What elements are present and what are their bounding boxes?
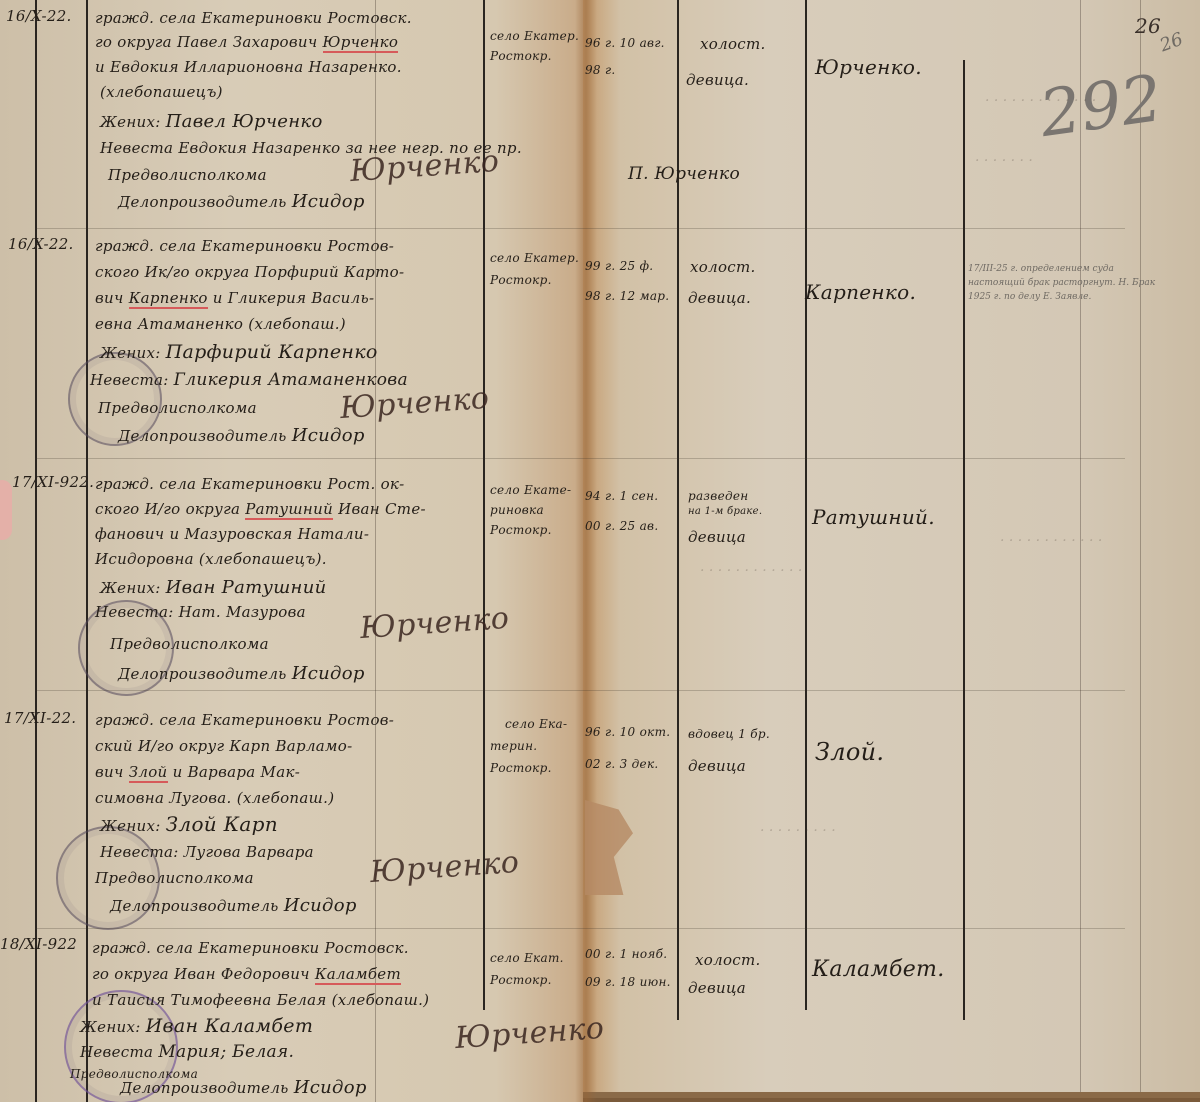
clerk-label: Делопроизводитель — [118, 193, 287, 211]
birth-year: 99 г. — [585, 259, 615, 273]
bride-signature: Нат. Мазурова — [179, 603, 306, 621]
marital-status: девица. — [686, 68, 749, 92]
entry-text-line: гражд. села Екатериновки Ростов- — [95, 708, 394, 732]
chair-signature: Юрченко — [369, 851, 520, 885]
entry-text-line: гражд. села Екатериновки Ростовск. — [95, 6, 412, 30]
surname-after-marriage: Ратушний. — [812, 505, 935, 529]
surname-after-marriage: Карпенко. — [805, 280, 916, 304]
birth-year: 09 г. — [585, 975, 615, 989]
chair-signature: Юрченко — [349, 150, 500, 184]
underlined-surname: Ратушний — [245, 500, 333, 520]
groom-signature: Иван Ратушний — [166, 577, 327, 598]
entry-date: 18/XI-922 — [0, 932, 77, 956]
column-rule — [677, 0, 679, 1020]
entry-text-line: го округа Иван Федорович Каламбет — [92, 962, 401, 986]
clerk-signature: Исидор — [292, 425, 365, 446]
birth-date: 10 авг. — [620, 36, 665, 50]
marital-status: девица — [688, 754, 746, 778]
birth-year: 00 г. — [585, 947, 615, 961]
entry-text-line: гражд. села Екатериновки Рост. ок- — [95, 472, 405, 496]
entry-divider — [35, 458, 1125, 459]
entry-text-line: ского И/го округа Ратушний Иван Сте- — [95, 497, 426, 521]
residence: Ростокр. — [490, 272, 552, 289]
bride-label: Невеста — [80, 1043, 153, 1061]
entry-text-line: симовна Лугова. (хлебопаш.) — [95, 786, 334, 810]
underlined-surname: Юрченко — [323, 33, 399, 53]
surname-after-marriage: Юрченко. — [815, 55, 922, 79]
clerk-signature: Исидор — [294, 1077, 367, 1098]
marital-status: холост. — [700, 32, 766, 56]
page-number: 26 — [1135, 14, 1161, 38]
birth-date: 10 окт. — [620, 725, 671, 739]
birth-year: 00 г. — [585, 519, 615, 533]
chair-label: Предволисполкома — [110, 632, 269, 656]
residence: Ростокр. — [490, 522, 552, 539]
entry-text-line: ского Ик/го округа Порфирий Карто- — [95, 260, 404, 284]
bride-label: Невеста: — [95, 603, 174, 621]
birth-date: 25 ф. — [620, 259, 654, 273]
book-gutter — [575, 0, 597, 1102]
residence: Ростокр. — [490, 48, 552, 65]
entry-text-line: Исидоровна (хлебопашецъ). — [95, 547, 327, 571]
chair-signature: Юрченко — [454, 1017, 605, 1051]
bride-signature: Гликерия Атаманенкова — [174, 370, 408, 390]
entry-text-line: фанович и Мазуровская Натали- — [95, 522, 369, 546]
entry-divider — [35, 228, 1125, 229]
birth-date: 1 нояб. — [620, 947, 668, 961]
bride-label: Невеста: — [90, 371, 169, 389]
surname-after-marriage: Злой. — [815, 740, 884, 764]
clerk-label: Делопроизводитель — [118, 427, 287, 445]
birth-year: 96 г. — [585, 36, 615, 50]
bride-signature: Лугова Варвара — [184, 843, 314, 861]
residence: Ростокр. — [490, 972, 552, 989]
entry-text-line: и Евдокия Илларионовна Назаренко. — [95, 55, 402, 79]
marital-status: холост. — [695, 948, 761, 972]
groom-label: Жених: — [100, 817, 161, 835]
holding-finger — [0, 480, 12, 540]
chair-label: Предволисполкома — [95, 866, 254, 890]
chair-label: Предволисполкома — [98, 396, 257, 420]
birth-date: 25 ав. — [620, 519, 659, 533]
groom-signature: Павел Юрченко — [166, 111, 323, 132]
clerk-label: Делопроизводитель — [120, 1079, 289, 1097]
birth-year: 94 г. — [585, 489, 615, 503]
marital-status: на 1-м браке. — [688, 503, 762, 520]
entry-divider — [35, 690, 1125, 691]
residence: село Екатер. — [490, 28, 579, 45]
column-rule — [805, 0, 807, 1010]
underlined-surname: Каламбет — [315, 965, 401, 985]
chair-signature: Юрченко — [359, 607, 510, 641]
birth-date: 18 июн. — [620, 975, 671, 989]
groom-label: Жених: — [100, 113, 161, 131]
residence: село Екате- — [490, 482, 571, 499]
entry-text-line: вич Карпенко и Гликерия Василь- — [95, 289, 374, 309]
marital-status: холост. — [690, 255, 756, 279]
residence: терин. — [490, 738, 537, 755]
chair-label: Предволисполкома — [108, 163, 267, 187]
divorce-margin-note: 17/III-25 г. определением суда настоящий… — [968, 262, 1155, 304]
entry-date: 17/XI-22. — [4, 706, 76, 730]
bride-label: Невеста: — [100, 843, 179, 861]
residence: село Екат. — [490, 950, 564, 967]
column-rule — [963, 60, 965, 1020]
groom-label: Жених: — [80, 1018, 141, 1036]
entry-text-line: гражд. села Екатериновки Ростов- — [95, 234, 394, 258]
bride-label: Невеста — [100, 139, 173, 157]
birth-date: 3 дек. — [620, 757, 659, 771]
entry-date: 16/X-22. — [8, 232, 74, 256]
residence: село Екатер. — [490, 250, 579, 267]
groom-label: Жених: — [100, 344, 161, 362]
entry-date: 17/XI-922. — [12, 470, 94, 494]
groom-signature: Иван Каламбет — [146, 1015, 313, 1037]
residence: село Ека- — [505, 716, 567, 733]
register-spread: 26 26 292 · · · · · · · · · · · · · · · … — [0, 0, 1200, 1102]
marital-status: девица — [688, 976, 746, 1000]
clerk-signature: Исидор — [284, 895, 357, 916]
surname-after-marriage: Каламбет. — [812, 958, 945, 982]
clerk-signature: Исидор — [292, 191, 365, 212]
birth-year: 98 г. — [585, 62, 615, 79]
bride-signature: Мария; Белая. — [158, 1042, 294, 1062]
clerk-signature: Исидор — [292, 663, 365, 684]
entry-text-line: ский И/го округ Карп Варламо- — [95, 734, 352, 758]
underlined-surname: Карпенко — [129, 289, 208, 309]
groom-label: Жених: — [100, 579, 161, 597]
entry-text-line: (хлебопашецъ) — [100, 80, 223, 104]
marital-status: вдовец 1 бр. — [688, 726, 770, 743]
birth-date: 12 мар. — [620, 289, 670, 303]
entry-text-line: евна Атаманенко (хлебопаш.) — [95, 312, 346, 336]
birth-year: 98 г. — [585, 289, 615, 303]
clerk-label: Делопроизводитель — [118, 665, 287, 683]
underlined-surname: Злой — [129, 763, 168, 783]
residence: риновка — [490, 502, 544, 519]
clerk-label: Делопроизводитель — [110, 897, 279, 915]
birth-date: 1 сен. — [620, 489, 659, 503]
chair-signature: Юрченко — [339, 387, 490, 421]
marital-status: девица — [688, 525, 746, 549]
birth-year: 96 г. — [585, 725, 615, 739]
groom-signature-right: П. Юрченко — [628, 162, 740, 186]
entry-text-line: и Таисия Тимофеевна Белая (хлебопаш.) — [92, 988, 429, 1012]
entry-date: 16/X-22. — [6, 4, 72, 28]
entry-text-line: го округа Павел Захарович Юрченко — [95, 30, 398, 54]
birth-year: 02 г. — [585, 757, 615, 771]
residence: Ростокр. — [490, 760, 552, 777]
groom-signature: Злой Карп — [166, 812, 278, 836]
column-rule — [86, 0, 88, 1102]
entry-text-line: вич Злой и Варвара Мак- — [95, 760, 300, 784]
entry-text-line: гражд. села Екатериновки Ростовск. — [92, 936, 409, 960]
column-rule-faint — [1140, 0, 1141, 1092]
marital-status: девица. — [688, 286, 751, 310]
groom-signature: Парфирий Карпенко — [166, 341, 378, 363]
entry-divider — [35, 928, 1125, 929]
